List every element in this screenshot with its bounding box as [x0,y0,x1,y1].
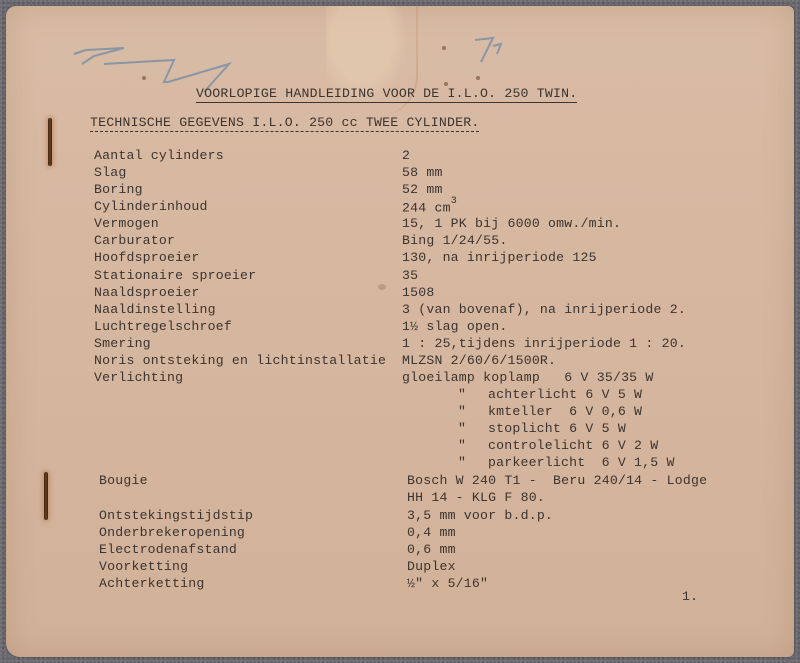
spec-value: 52 mm [402,182,443,197]
spec-row: Verlichtinggloeilamp koplamp 6 V 35/35 W [94,370,714,387]
spec-value: 130, na inrijperiode 125 [402,250,597,265]
spec-label: Verlichting [94,370,183,385]
spec-row: Boring52 mm [94,182,714,199]
spec-value: 58 mm [402,165,443,180]
spec-value: 3,5 mm voor b.d.p. [407,508,553,523]
spec-row: Ontstekingstijdstip3,5 mm voor b.d.p. [99,508,719,525]
spec-row: HH 14 - KLG F 80. [99,490,719,507]
spec-row: Naaldsproeier1508 [94,285,714,302]
spec-row: Achterketting½" x 5/16" [99,576,719,593]
spec-label: Vermogen [94,216,159,231]
page-number: 1. [682,589,698,604]
spec-row: CarburatorBing 1/24/55. [94,233,714,250]
spec-label: Naaldinstelling [94,302,216,317]
spec-value: Bosch W 240 T1 - Beru 240/14 - Lodge [407,473,707,488]
spec-value: ½" x 5/16" [407,576,488,591]
spec-value: 244 cm3 [402,199,457,215]
spec-row: VoorkettingDuplex [99,559,719,576]
spec-row: Hoofdsproeier130, na inrijperiode 125 [94,250,714,267]
spec-label: Luchtregelschroef [94,319,232,334]
spec-row: BougieBosch W 240 T1 - Beru 240/14 - Lod… [99,473,719,490]
spec-row: Noris ontsteking en lichtinstallatieMLZS… [94,353,714,370]
spec-label: Bougie [99,473,148,488]
spec-value: 1½ slag open. [402,319,507,334]
spec-label: Boring [94,182,143,197]
document-title: VOORLOPIGE HANDLEIDING VOOR DE I.L.O. 25… [196,86,577,103]
spec-label: Voorketting [99,559,188,574]
spec-row: Naaldinstelling3 (van bovenaf), na inrij… [94,302,714,319]
spec-value: MLZSN 2/60/6/1500R. [402,353,556,368]
document-text: VOORLOPIGE HANDLEIDING VOOR DE I.L.O. 25… [0,0,800,663]
spec-label: Onderbrekeropening [99,525,245,540]
spec-value: gloeilamp koplamp 6 V 35/35 W [402,370,654,385]
spec-row: Stationaire sproeier35 [94,268,714,285]
spec-row: Smering1 : 25,tijdens inrijperiode 1 : 2… [94,336,714,353]
spec-label: Hoofdsproeier [94,250,199,265]
spec-row: Cylinderinhoud244 cm3 [94,199,714,216]
spec-label: Cylinderinhoud [94,199,208,214]
section-heading: TECHNISCHE GEGEVENS I.L.O. 250 cc TWEE C… [90,115,479,132]
spec-value: HH 14 - KLG F 80. [407,490,545,505]
spec-value: 0,6 mm [407,542,456,557]
spec-value: 0,4 mm [407,525,456,540]
spec-label: Electrodenafstand [99,542,237,557]
spec-label: Stationaire sproeier [94,268,256,283]
spec-value: 2 [402,148,410,163]
spec-row: Slag58 mm [94,165,714,182]
spec-value: 1508 [402,285,434,300]
spec-label: Aantal cylinders [94,148,224,163]
spec-row: Vermogen15, 1 PK bij 6000 omw./min. [94,216,714,233]
spec-label: Smering [94,336,151,351]
spec-row: Electrodenafstand0,6 mm [99,542,719,559]
spec-value: 15, 1 PK bij 6000 omw./min. [402,216,621,231]
spec-value: 1 : 25,tijdens inrijperiode 1 : 20. [402,336,686,351]
spec-row: Onderbrekeropening0,4 mm [99,525,719,542]
spec-value: Bing 1/24/55. [402,233,507,248]
spec-label: Slag [94,165,126,180]
spec-label: Carburator [94,233,175,248]
spec-row: Aantal cylinders2 [94,148,714,165]
spec-value: Duplex [407,559,456,574]
spec-label: Ontstekingstijdstip [99,508,253,523]
spec-value: 35 [402,268,418,283]
spec-value: 3 (van bovenaf), na inrijperiode 2. [402,302,686,317]
spec-label: Naaldsproeier [94,285,199,300]
spec-row: Luchtregelschroef1½ slag open. [94,319,714,336]
spec-label: Noris ontsteking en lichtinstallatie [94,353,386,368]
spec-label: Achterketting [99,576,204,591]
